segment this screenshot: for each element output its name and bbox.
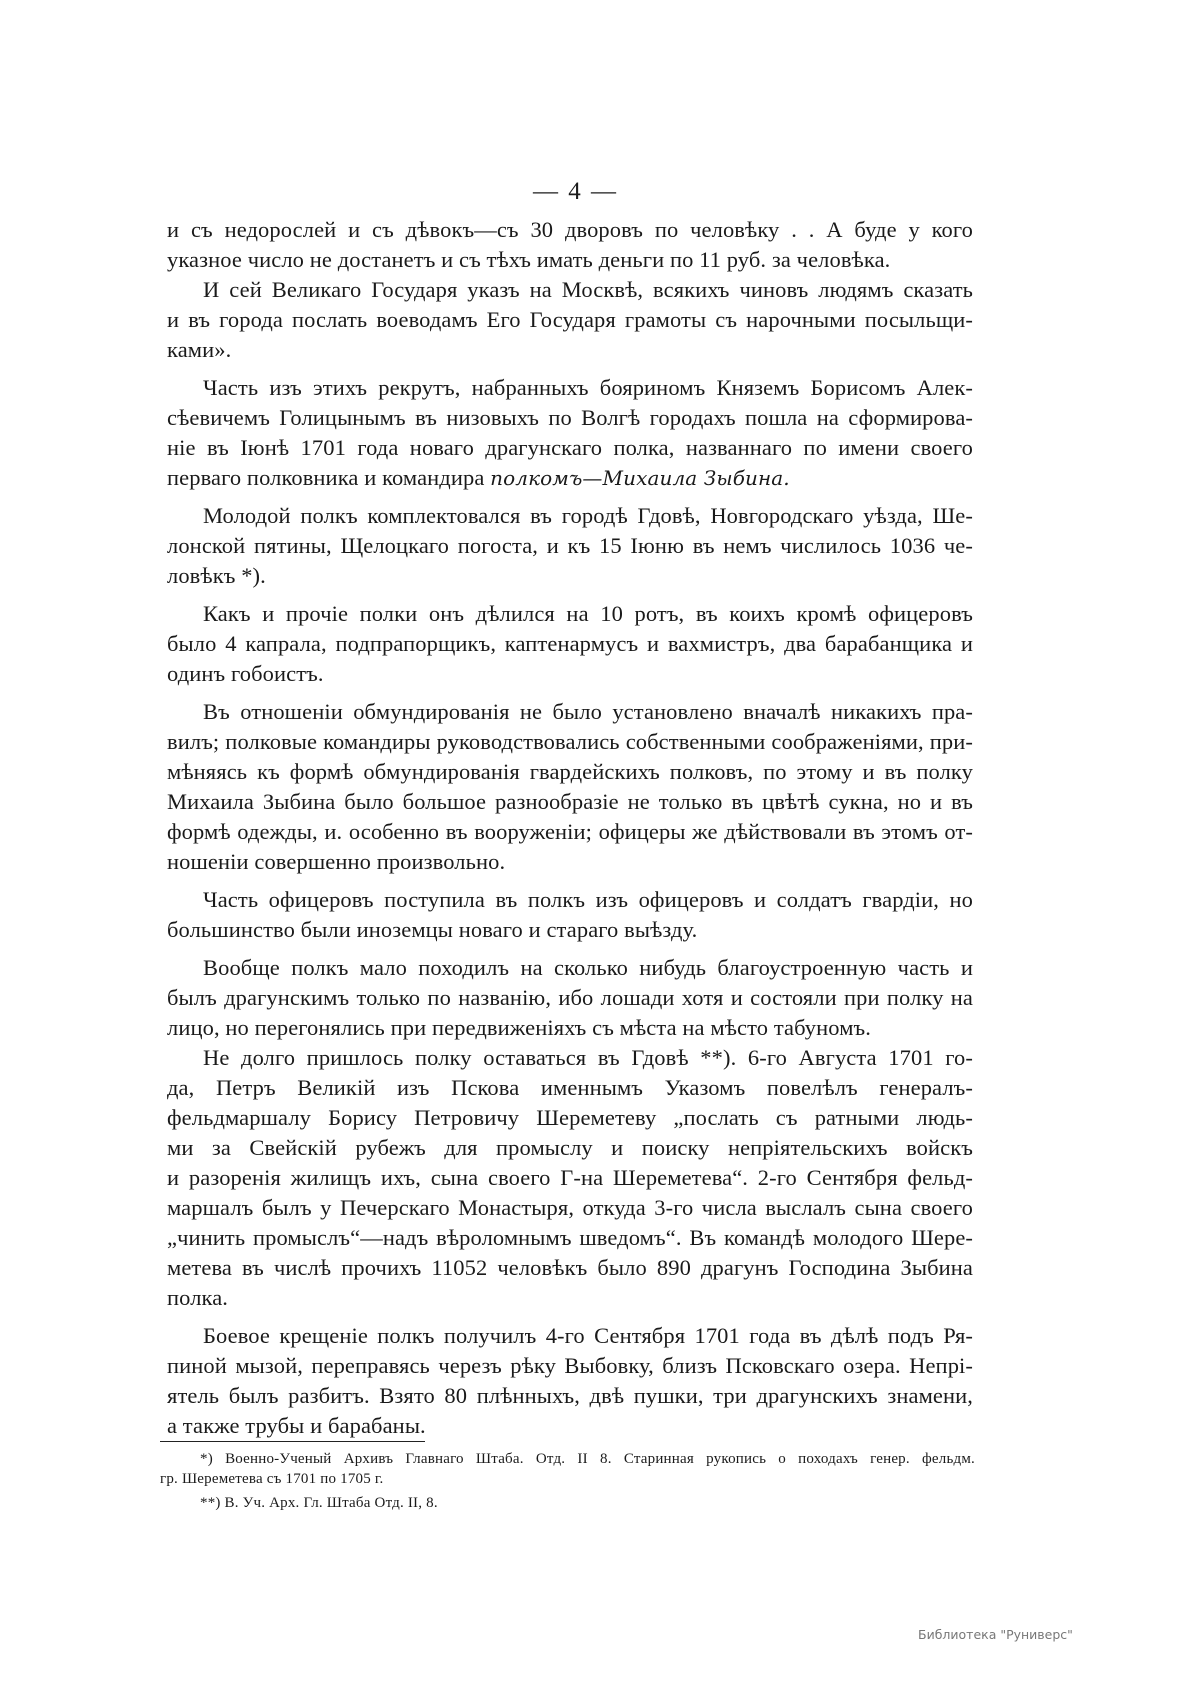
text-line: Вообще полкъ мало походилъ на сколько ни…	[167, 953, 973, 983]
text-line: ношеніи совершенно произвольно.	[167, 847, 973, 877]
text-line: ловѣкъ *).	[167, 561, 973, 591]
text-line: Какъ и прочіе полки онъ дѣлился на 10 ро…	[167, 599, 973, 629]
footnote-line: *) Военно-Ученый Архивъ Главнаго Штаба. …	[160, 1449, 975, 1469]
text-line: былъ драгунскимъ только по названію, ибо…	[167, 983, 973, 1013]
text-line: вилъ; полковые командиры руководствовали…	[167, 727, 973, 757]
text-line: ятель былъ разбитъ. Взято 80 плѣнныхъ, д…	[167, 1381, 973, 1411]
text-run: перваго полковника и командира	[167, 465, 490, 490]
text-line: полка.	[167, 1283, 973, 1313]
paragraph: Какъ и прочіе полки онъ дѣлился на 10 ро…	[167, 599, 973, 689]
footnote: *) Военно-Ученый Архивъ Главнаго Штаба. …	[160, 1449, 975, 1489]
paragraph: Не долго пришлось полку оставаться въ Гд…	[167, 1043, 973, 1313]
text-line: мѣняясь къ формѣ обмундированія гвардейс…	[167, 757, 973, 787]
library-watermark: Библиотека "Руниверс"	[918, 1627, 1073, 1642]
text-line: одинъ гобоистъ.	[167, 659, 973, 689]
italic-regiment-name: полкомъ—Михаила Зыбина.	[490, 466, 790, 490]
text-line: было 4 капрала, подпрапорщикъ, каптенарм…	[167, 629, 973, 659]
text-line: лицо, но перегонялись при передвиженіяхъ…	[167, 1013, 973, 1043]
text-line: ми за Свейскій рубежъ для промыслу и пои…	[167, 1133, 973, 1163]
text-line: большинство были иноземцы новаго и стара…	[167, 915, 973, 945]
footnote: **) В. Уч. Арх. Гл. Штаба Отд. II, 8.	[160, 1493, 975, 1513]
document-page: — 4 — и съ недорослей и съ дѣвокъ—съ 30 …	[0, 0, 1200, 1690]
text-line: и въ города послать воеводамъ Его Госуда…	[167, 305, 973, 335]
text-line: Молодой полкъ комплектовался въ городѣ Г…	[167, 501, 973, 531]
text-line: Часть изъ этихъ рекрутъ, набранныхъ бояр…	[167, 373, 973, 403]
text-line: метева въ числѣ прочихъ 11052 человѣкъ б…	[167, 1253, 973, 1283]
text-line: Боевое крещеніе полкъ получилъ 4-го Сент…	[167, 1321, 973, 1351]
paragraph: Часть изъ этихъ рекрутъ, набранныхъ бояр…	[167, 373, 973, 493]
text-line: Не долго пришлось полку оставаться въ Гд…	[167, 1043, 973, 1073]
text-line: ками».	[167, 335, 973, 365]
text-line: и разоренія жилищъ ихъ, сына своего Г-на…	[167, 1163, 973, 1193]
footnote-line: гр. Шереметева съ 1701 по 1705 г.	[160, 1469, 975, 1489]
paragraph: Боевое крещеніе полкъ получилъ 4-го Сент…	[167, 1321, 973, 1441]
page-number: — 4 —	[0, 178, 1151, 206]
text-line: указное число не достанетъ и съ тѣхъ има…	[167, 245, 973, 275]
footnote-line: **) В. Уч. Арх. Гл. Штаба Отд. II, 8.	[160, 1493, 975, 1513]
text-line: да, Петръ Великій изъ Пскова именнымъ Ук…	[167, 1073, 973, 1103]
text-line: а также трубы и барабаны.	[167, 1411, 973, 1441]
footnotes: *) Военно-Ученый Архивъ Главнаго Штаба. …	[160, 1449, 975, 1513]
paragraph: Часть офицеровъ поступила въ полкъ изъ о…	[167, 885, 973, 945]
paragraph: Молодой полкъ комплектовался въ городѣ Г…	[167, 501, 973, 591]
text-line: и съ недорослей и съ дѣвокъ—съ 30 дворов…	[167, 215, 973, 245]
paragraph: и съ недорослей и съ дѣвокъ—съ 30 дворов…	[167, 215, 973, 275]
footnote-divider	[160, 1441, 425, 1442]
text-line: „чинить промыслъ“—надъ вѣроломнымъ шведо…	[167, 1223, 973, 1253]
text-line: ніе въ Іюнѣ 1701 года новаго драгунскаго…	[167, 433, 973, 463]
text-line: Въ отношеніи обмундированія не было уста…	[167, 697, 973, 727]
body-text: и съ недорослей и съ дѣвокъ—съ 30 дворов…	[167, 215, 973, 1441]
paragraph: Вообще полкъ мало походилъ на сколько ни…	[167, 953, 973, 1043]
text-line: Михаила Зыбина было большое разнообразіе…	[167, 787, 973, 817]
paragraph: И сей Великаго Государя указъ на Москвѣ,…	[167, 275, 973, 365]
text-line: пиной мызой, переправясь черезъ рѣку Выб…	[167, 1351, 973, 1381]
text-line: маршалъ былъ у Печерскаго Монастыря, отк…	[167, 1193, 973, 1223]
text-line: перваго полковника и командира полкомъ—М…	[167, 463, 973, 493]
text-line: сѣевичемъ Голицынымъ въ низовыхъ по Волг…	[167, 403, 973, 433]
text-line: фельдмаршалу Борису Петровичу Шереметеву…	[167, 1103, 973, 1133]
paragraph: Въ отношеніи обмундированія не было уста…	[167, 697, 973, 877]
text-line: Часть офицеровъ поступила въ полкъ изъ о…	[167, 885, 973, 915]
text-line: лонской пятины, Щелоцкаго погоста, и къ …	[167, 531, 973, 561]
text-line: И сей Великаго Государя указъ на Москвѣ,…	[167, 275, 973, 305]
text-line: формѣ одежды, и. особенно въ вооруженіи;…	[167, 817, 973, 847]
